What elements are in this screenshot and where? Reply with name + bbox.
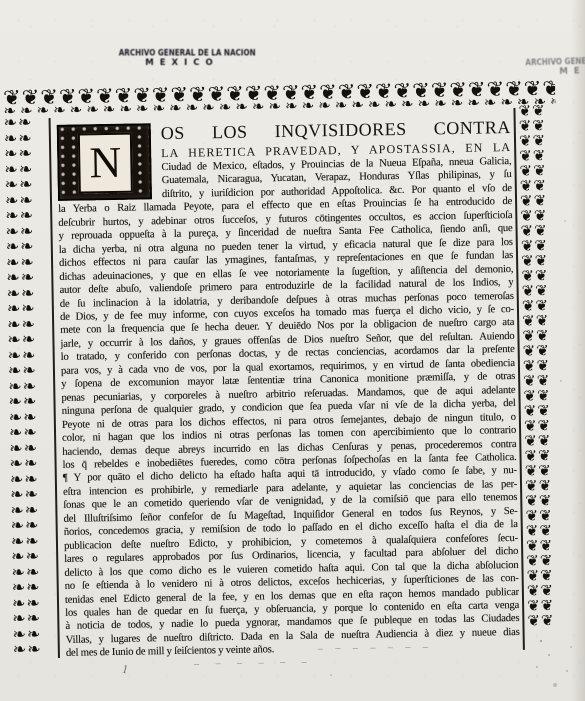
- ornamental-border-left: ❧❧❧❧❧❧❧❧❧❧❧❧❧❧❧❧❧❧❧❧❧❧❧❧❧❧❧❧❧❧❧❧❧❧❧❧❧❧❧❧…: [3, 114, 53, 663]
- margin-mark: 1: [120, 661, 129, 677]
- document-body: la Yerba o Raiz llamada Peyote, para el …: [58, 195, 520, 660]
- scanned-page: { "paper_color": "#ebe9e3", "ink_color":…: [0, 0, 585, 701]
- paper-specks: [540, 640, 542, 642]
- drop-cap-block: N: [57, 123, 152, 201]
- ink-flourish: – – – – – –: [194, 657, 314, 670]
- document-content: N OS LOS INQVISIDORES CONTRA LA HERETICA…: [57, 116, 520, 661]
- archive-stamp-subtitle: MEXICO: [112, 58, 246, 68]
- drop-cap-letter: N: [89, 141, 122, 186]
- archive-stamp-title: ARCHIVO GENERAL DE LA NACION: [119, 47, 240, 57]
- ornamental-border-right: ❦❦❦❦❦❦❦❦❦❦❦❦❦❦❦❦❦❦❦❦❦❦❦❦❦❦❦❦❦❦❦❦❦❦❦❦❦❦❦❦…: [518, 103, 565, 654]
- document-heading: N OS LOS INQVISIDORES CONTRA LA HERETICA…: [57, 116, 512, 203]
- archive-stamp: ARCHIVO GENERAL DE LA NACION MEXICO: [112, 48, 246, 68]
- ink-flourish: – – – – – – –: [318, 641, 433, 654]
- drop-cap-frame: N: [78, 133, 133, 194]
- edict-document: ❦❦❦❦❦❦❦❦❦❦❦❦❦❦❦❦❦❦❦❦❦❦❦❦❦❦❦❦❦❦ ❧❧❧❧❧❧❧❧❧…: [3, 79, 565, 663]
- page-edge-shadow: [571, 0, 585, 701]
